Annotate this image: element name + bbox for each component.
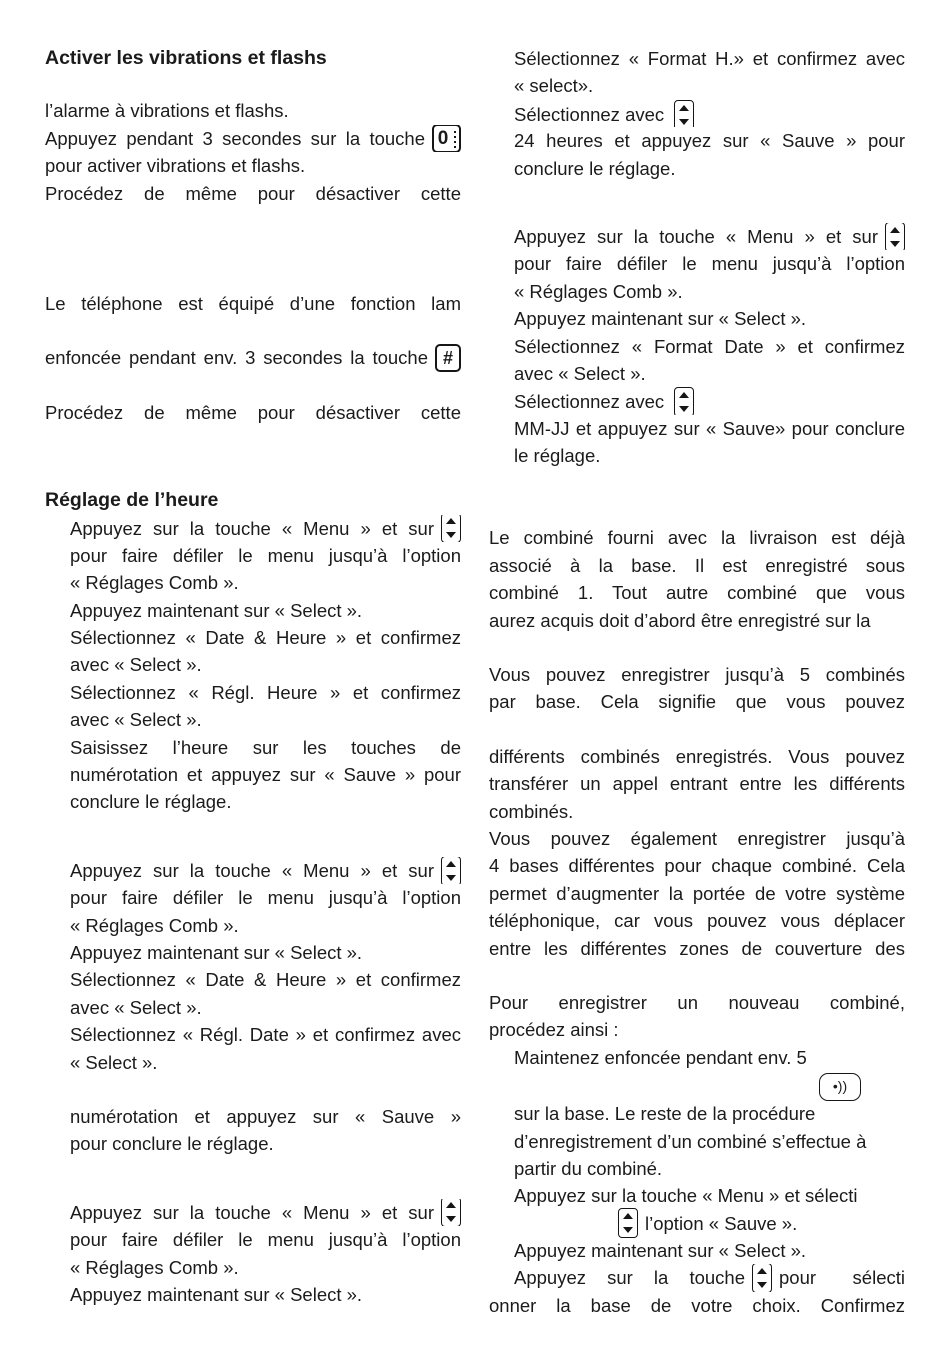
nav-updown-key-icon [885, 223, 905, 250]
nav-updown-key-icon [674, 100, 694, 127]
text-line: Appuyez sur la touche « Menu » et sur [70, 1199, 434, 1226]
text-line: Appuyez sur la touche « Menu » et sur [70, 857, 434, 884]
spacer [514, 182, 905, 223]
text-line: « Réglages Comb ». [70, 569, 461, 596]
text-line: l’alarme à vibrations et flashs. [45, 97, 461, 124]
text-line: d’enregistrement d’un combiné s’effectue… [514, 1128, 905, 1155]
key-0-marks [454, 131, 456, 148]
text-line-with-key: Sélectionnez avec [514, 100, 905, 127]
text-line: associé à la base. Il est enregistré sou… [489, 552, 905, 579]
paging-symbol: •)) [833, 1078, 847, 1094]
nav-updown-key-icon [674, 387, 694, 414]
spacer [489, 716, 905, 743]
spacer [45, 372, 461, 399]
text-line: Sélectionnez « Format Date » et confirme… [514, 333, 905, 360]
text-line: « Réglages Comb ». [70, 1254, 461, 1281]
text-line: pour sélecti [779, 1264, 905, 1291]
text-line: onner la base de votre choix. Confirmez [489, 1292, 905, 1319]
text-line: Appuyez sur la touche « Menu » et sur [70, 515, 434, 542]
hash-key-label: # [443, 348, 453, 368]
nav-updown-key-icon [441, 1199, 461, 1226]
text-line: pour conclure le réglage. [70, 1130, 461, 1157]
text-line: Appuyez maintenant sur « Select ». [70, 1281, 461, 1308]
text-line: Pour enregistrer un nouveau combiné, [489, 989, 905, 1016]
left-column: Activer les vibrations et flashs l’alarm… [45, 45, 461, 1308]
text-line-with-key: Appuyez sur la touche « Menu » et sur [514, 223, 905, 250]
text-line: Appuyez pendant 3 secondes sur la touche [45, 125, 425, 152]
instruction-list: Maintenez enfoncée pendant env. 5 •)) su… [489, 1044, 905, 1292]
text-line: Appuyez sur la touche [514, 1264, 745, 1291]
text-line: Sélectionnez « Régl. Date » et confirmez… [70, 1021, 461, 1048]
spacer [45, 426, 461, 487]
text-line: conclure le réglage. [70, 788, 461, 815]
text-line: conclure le réglage. [514, 155, 905, 182]
text-line: pour faire défiler le menu jusqu’à l’opt… [70, 1226, 461, 1253]
text-line-with-key: Appuyez sur la touche pour sélecti [514, 1264, 905, 1291]
hash-key-icon: # [435, 344, 461, 371]
text-line: Sélectionnez « Date & Heure » et confirm… [70, 966, 461, 993]
nav-updown-key-icon [441, 515, 461, 542]
text-line: 4 bases différentes pour chaque combiné.… [489, 852, 905, 879]
text-line: Vous pouvez également enregistrer jusqu’… [489, 825, 905, 852]
text-line: l’option « Sauve ». [645, 1210, 797, 1237]
text-line: pour faire défiler le menu jusqu’à l’opt… [514, 250, 905, 277]
text-line: Sélectionnez avec [514, 391, 664, 412]
text-line: partir du combiné. [514, 1155, 905, 1182]
spacer [70, 1076, 461, 1103]
text-line: enfoncée pendant env. 3 secondes la touc… [45, 344, 428, 371]
text-line: Appuyez maintenant sur « Select ». [514, 1237, 905, 1264]
text-line: entre les différentes zones de couvertur… [489, 935, 905, 962]
text-line: Sélectionnez « Régl. Heure » et confirme… [70, 679, 461, 706]
text-line: Appuyez maintenant sur « Select ». [514, 305, 905, 332]
text-line: pour faire défiler le menu jusqu’à l’opt… [70, 542, 461, 569]
text-line: aurez acquis doit d’abord être enregistr… [489, 607, 905, 634]
text-line: téléphonique, car vous pouvez vous dépla… [489, 907, 905, 934]
text-line: Appuyez sur la touche « Menu » et sur [514, 223, 878, 250]
text-line: pour faire défiler le menu jusqu’à l’opt… [70, 884, 461, 911]
text-line: sur la base. Le reste de la procédure [514, 1100, 905, 1127]
paragraph-bases: différents combinés enregistrés. Vous po… [489, 743, 905, 962]
instruction-list: Sélectionnez « Format H.» et confirmez a… [489, 45, 905, 469]
text-line-with-key: l’option « Sauve ». [514, 1210, 905, 1237]
spacer [45, 72, 461, 97]
spacer [45, 317, 461, 344]
text-line: Sélectionnez « Format H.» et confirmez a… [514, 45, 905, 72]
text-line: avec « Select ». [70, 994, 461, 1021]
paragraph-register-new: Pour enregistrer un nouveau combiné, pro… [489, 989, 905, 1044]
nav-updown-key-icon [441, 857, 461, 884]
section-heading-vibrations: Activer les vibrations et flashs [45, 45, 461, 72]
text-line: combiné 1. Tout autre combiné que vous [489, 579, 905, 606]
text-line: Sélectionnez avec [514, 104, 664, 125]
key-0-icon: 0 [432, 125, 461, 152]
text-line-with-key: Appuyez sur la touche « Menu » et sur [70, 515, 461, 542]
text-line-with-key: •)) [514, 1071, 905, 1100]
spacer [489, 634, 905, 661]
spacer [489, 962, 905, 989]
spacer [70, 1158, 461, 1199]
manual-page: Activer les vibrations et flashs l’alarm… [0, 0, 950, 1364]
text-line: différents combinés enregistrés. Vous po… [489, 743, 905, 770]
section-heading-time-setting: Réglage de l’heure [45, 487, 461, 514]
text-line: numérotation et appuyez sur « Sauve » [70, 1103, 461, 1130]
text-line: Appuyez maintenant sur « Select ». [70, 597, 461, 624]
text-line: le réglage. [514, 442, 905, 469]
text-line-with-key: Sélectionnez avec [514, 387, 905, 414]
text-line: permet d’augmenter la portée de votre sy… [489, 880, 905, 907]
text-line: numérotation et appuyez sur « Sauve » po… [70, 761, 461, 788]
text-line: procédez ainsi : [489, 1016, 905, 1043]
text-line: 24 heures et appuyez sur « Sauve » pour [514, 127, 905, 154]
text-line-with-key: Appuyez sur la touche « Menu » et sur [70, 1199, 461, 1226]
instruction-list: Appuyez sur la touche « Menu » et sur po… [45, 515, 461, 1309]
text-line: Appuyez sur la touche « Menu » et sélect… [514, 1182, 905, 1209]
paging-key-icon: •)) [819, 1073, 861, 1101]
text-line: Le combiné fourni avec la livraison est … [489, 524, 905, 551]
nav-updown-key-icon [752, 1264, 772, 1291]
paragraph-handset-registration: Le combiné fourni avec la livraison est … [489, 524, 905, 634]
nav-updown-key-icon [618, 1208, 638, 1238]
text-line-with-key: Appuyez pendant 3 secondes sur la touche… [45, 125, 461, 152]
right-column: Sélectionnez « Format H.» et confirmez a… [489, 45, 905, 1319]
text-line: Le téléphone est équipé d’une fonction l… [45, 290, 461, 317]
spacer [70, 816, 461, 857]
spacer [45, 207, 461, 290]
text-line: « Réglages Comb ». [70, 912, 461, 939]
spacer [489, 469, 905, 524]
text-line: Appuyez maintenant sur « Select ». [70, 939, 461, 966]
paragraph-five-handsets: Vous pouvez enregistrer jusqu’à 5 combin… [489, 661, 905, 716]
key-0-label: 0 [438, 128, 449, 149]
text-line-with-key: Appuyez sur la touche « Menu » et sur [70, 857, 461, 884]
text-line: Saisissez l’heure sur les touches de [70, 734, 461, 761]
text-line: avec « Select ». [70, 651, 461, 678]
text-line-with-key: enfoncée pendant env. 3 secondes la touc… [45, 344, 461, 371]
text-line: combinés. [489, 798, 905, 825]
text-line: par base. Cela signifie que vous pouvez [489, 688, 905, 715]
text-line: avec « Select ». [70, 706, 461, 733]
text-line: pour activer vibrations et flashs. [45, 152, 461, 179]
text-line: avec « Select ». [514, 360, 905, 387]
text-line: « Réglages Comb ». [514, 278, 905, 305]
text-line: Procédez de même pour désactiver cette [45, 180, 461, 207]
text-line: « select». [514, 72, 905, 99]
text-line: MM-JJ et appuyez sur « Sauve» pour concl… [514, 415, 905, 442]
text-line: Sélectionnez « Date & Heure » et confirm… [70, 624, 461, 651]
text-line: Vous pouvez enregistrer jusqu’à 5 combin… [489, 661, 905, 688]
text-line: « Select ». [70, 1049, 461, 1076]
text-line: transférer un appel entrant entre les di… [489, 770, 905, 797]
text-line: Procédez de même pour désactiver cette [45, 399, 461, 426]
text-line: Maintenez enfoncée pendant env. 5 [514, 1044, 905, 1071]
